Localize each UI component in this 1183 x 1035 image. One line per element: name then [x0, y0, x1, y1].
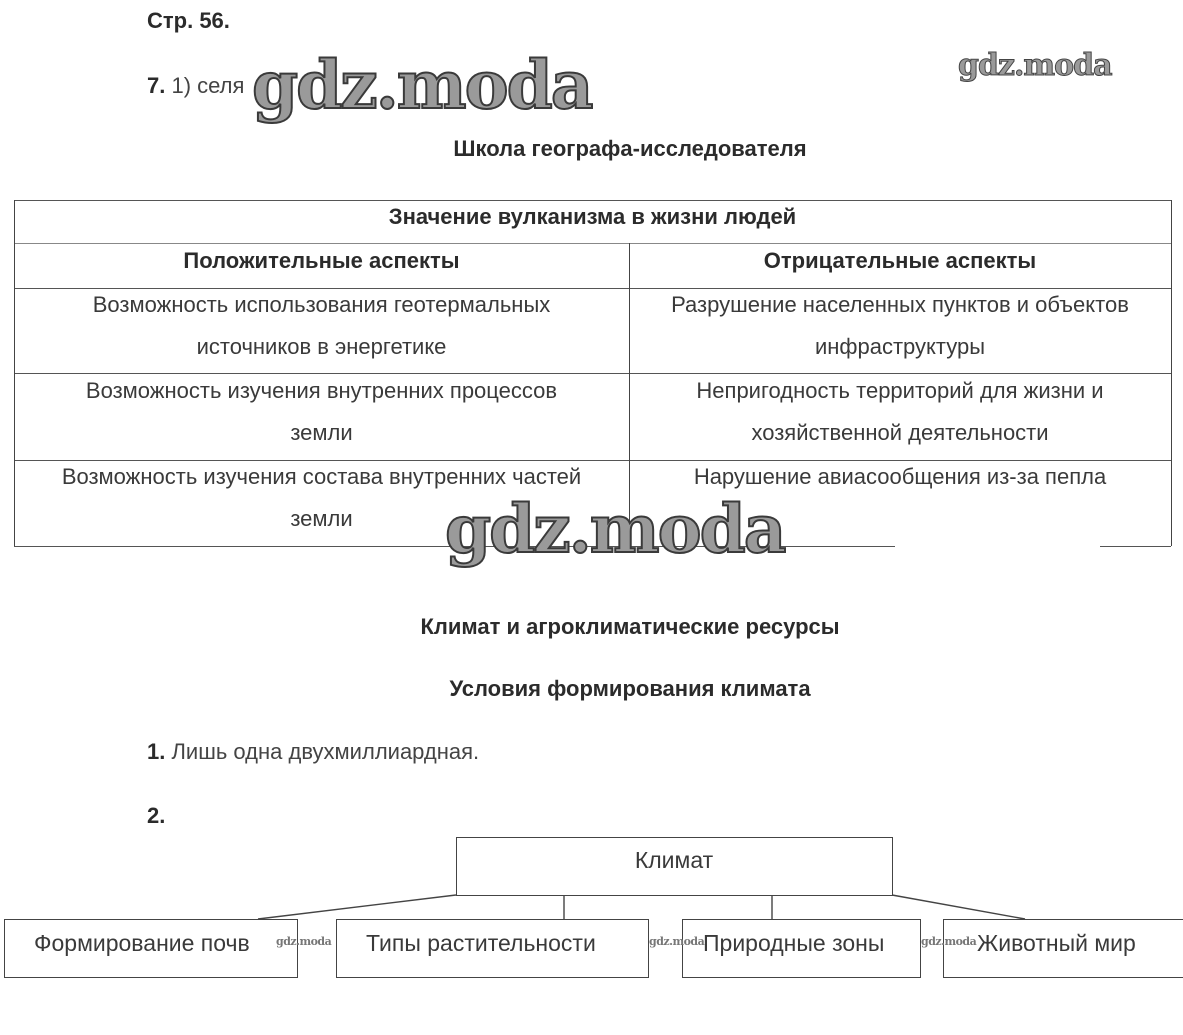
- diagram-root-label: Климат: [457, 847, 891, 874]
- diagram-child-label: Животный мир: [977, 930, 1136, 957]
- watermark-logo: gdz.moda: [958, 48, 1112, 83]
- diagram-child-box: Животный мир: [943, 919, 1183, 978]
- diagram-child-label: Типы растительности: [366, 930, 596, 957]
- watermark-small: gdz.moda: [276, 935, 331, 948]
- diagram-child-label: Формирование почв: [34, 930, 250, 957]
- diagram-child-box: Формирование почв: [4, 919, 298, 978]
- diagram-child-box: Типы растительности: [336, 919, 649, 978]
- watermark-logo: gdz.moda: [252, 46, 592, 124]
- diagram-root-box: Климат: [456, 837, 893, 896]
- diagram-child-label: Природные зоны: [703, 930, 884, 957]
- watermark-small: gdz.moda: [921, 935, 976, 948]
- diagram-child-box: Природные зоны: [682, 919, 921, 978]
- watermark-small: gdz.moda: [649, 935, 704, 948]
- watermark-logo: gdz.moda: [445, 490, 785, 568]
